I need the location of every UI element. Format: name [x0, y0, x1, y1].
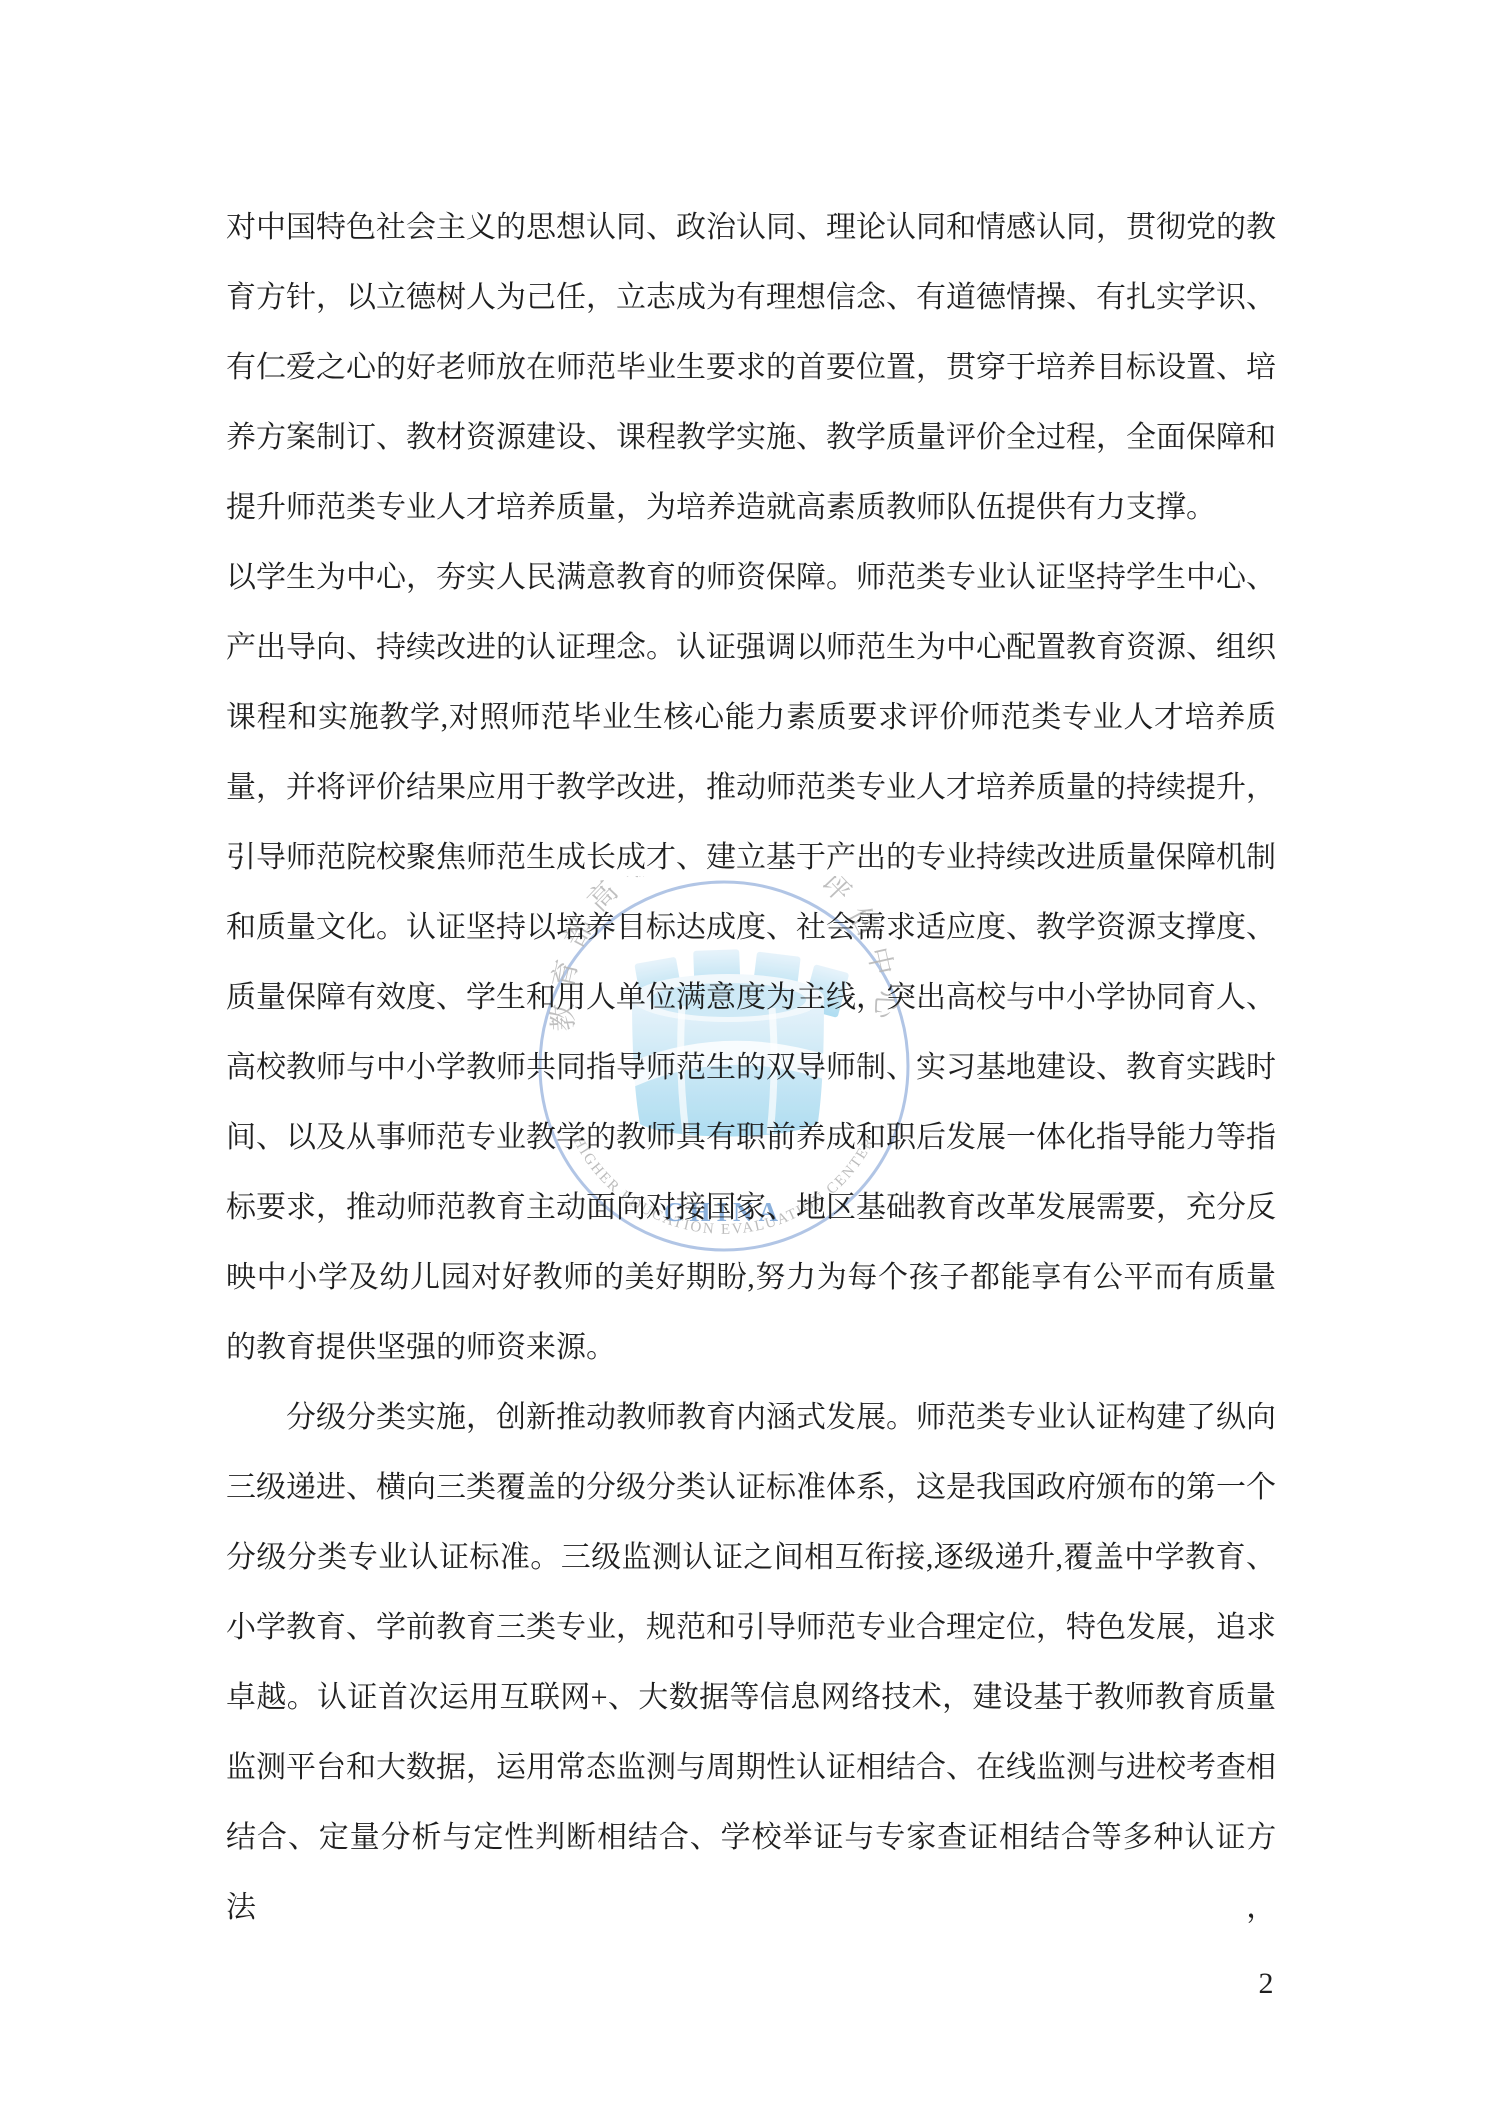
text-line: 间、以及从事师范专业教学的教师具有职前养成和职后发展一体化指导能力等指 — [226, 1103, 1276, 1173]
text-line: 高校教师与中小学教师共同指导师范生的双导师制、实习基地建设、教育实践时 — [226, 1033, 1276, 1103]
text-line: 小学教育、学前教育三类专业，规范和引导师范专业合理定位，特色发展，追求 — [226, 1593, 1276, 1663]
text-line: 结合、定量分析与定性判断相结合、学校举证与专家查证相结合等多种认证方法， — [226, 1803, 1276, 1873]
text-line: 的教育提供坚强的师资来源。 — [226, 1313, 1276, 1383]
text-line: 养方案制订、教材资源建设、课程教学实施、教学质量评价全过程，全面保障和 — [226, 403, 1276, 473]
text-line: 和质量文化。认证坚持以培养目标达成度、社会需求适应度、教学资源支撑度、 — [226, 893, 1276, 963]
page-number: 2 — [1246, 1962, 1286, 2006]
text-line: 三级递进、横向三类覆盖的分级分类认证标准体系，这是我国政府颁布的第一个 — [226, 1453, 1276, 1523]
text-line: 有仁爱之心的好老师放在师范毕业生要求的首要位置，贯穿于培养目标设置、培 — [226, 333, 1276, 403]
document-body: 对中国特色社会主义的思想认同、政治认同、理论认同和情感认同，贯彻党的教育方针，以… — [226, 193, 1276, 1873]
text-line: 监测平台和大数据，运用常态监测与周期性认证相结合、在线监测与进校考查相 — [226, 1733, 1276, 1803]
text-line: 提升师范类专业人才培养质量，为培养造就高素质教师队伍提供有力支撑。 — [226, 473, 1276, 543]
text-line: 质量保障有效度、学生和用人单位满意度为主线，突出高校与中小学协同育人、 — [226, 963, 1276, 1033]
text-line: 课程和实施教学,对照师范毕业生核心能力素质要求评价师范类专业人才培养质 — [226, 683, 1276, 753]
text-line: 标要求，推动师范教育主动面向对接国家、地区基础教育改革发展需要，充分反 — [226, 1173, 1276, 1243]
text-line: 分级分类专业认证标准。三级监测认证之间相互衔接,逐级递升,覆盖中学教育、 — [226, 1523, 1276, 1593]
text-line: 量，并将评价结果应用于教学改进，推动师范类专业人才培养质量的持续提升， — [226, 753, 1276, 823]
text-line: 映中小学及幼儿园对好教师的美好期盼,努力为每个孩子都能享有公平而有质量 — [226, 1243, 1276, 1313]
document-page: 教育部高等教育教学评估中心 HIGHER EDUCATION EVALUATIO… — [0, 0, 1500, 2121]
text-line: 以学生为中心，夯实人民满意教育的师资保障。师范类专业认证坚持学生中心、 — [226, 543, 1276, 613]
text-line: 分级分类实施，创新推动教师教育内涵式发展。师范类专业认证构建了纵向 — [226, 1383, 1276, 1453]
text-line: 引导师范院校聚焦师范生成长成才、建立基于产出的专业持续改进质量保障机制 — [226, 823, 1276, 893]
text-line: 育方针，以立德树人为己任，立志成为有理想信念、有道德情操、有扎实学识、 — [226, 263, 1276, 333]
text-line: 产出导向、持续改进的认证理念。认证强调以师范生为中心配置教育资源、组织 — [226, 613, 1276, 683]
text-line: 卓越。认证首次运用互联网+、大数据等信息网络技术，建设基于教师教育质量 — [226, 1663, 1276, 1733]
text-line: 对中国特色社会主义的思想认同、政治认同、理论认同和情感认同，贯彻党的教 — [226, 193, 1276, 263]
